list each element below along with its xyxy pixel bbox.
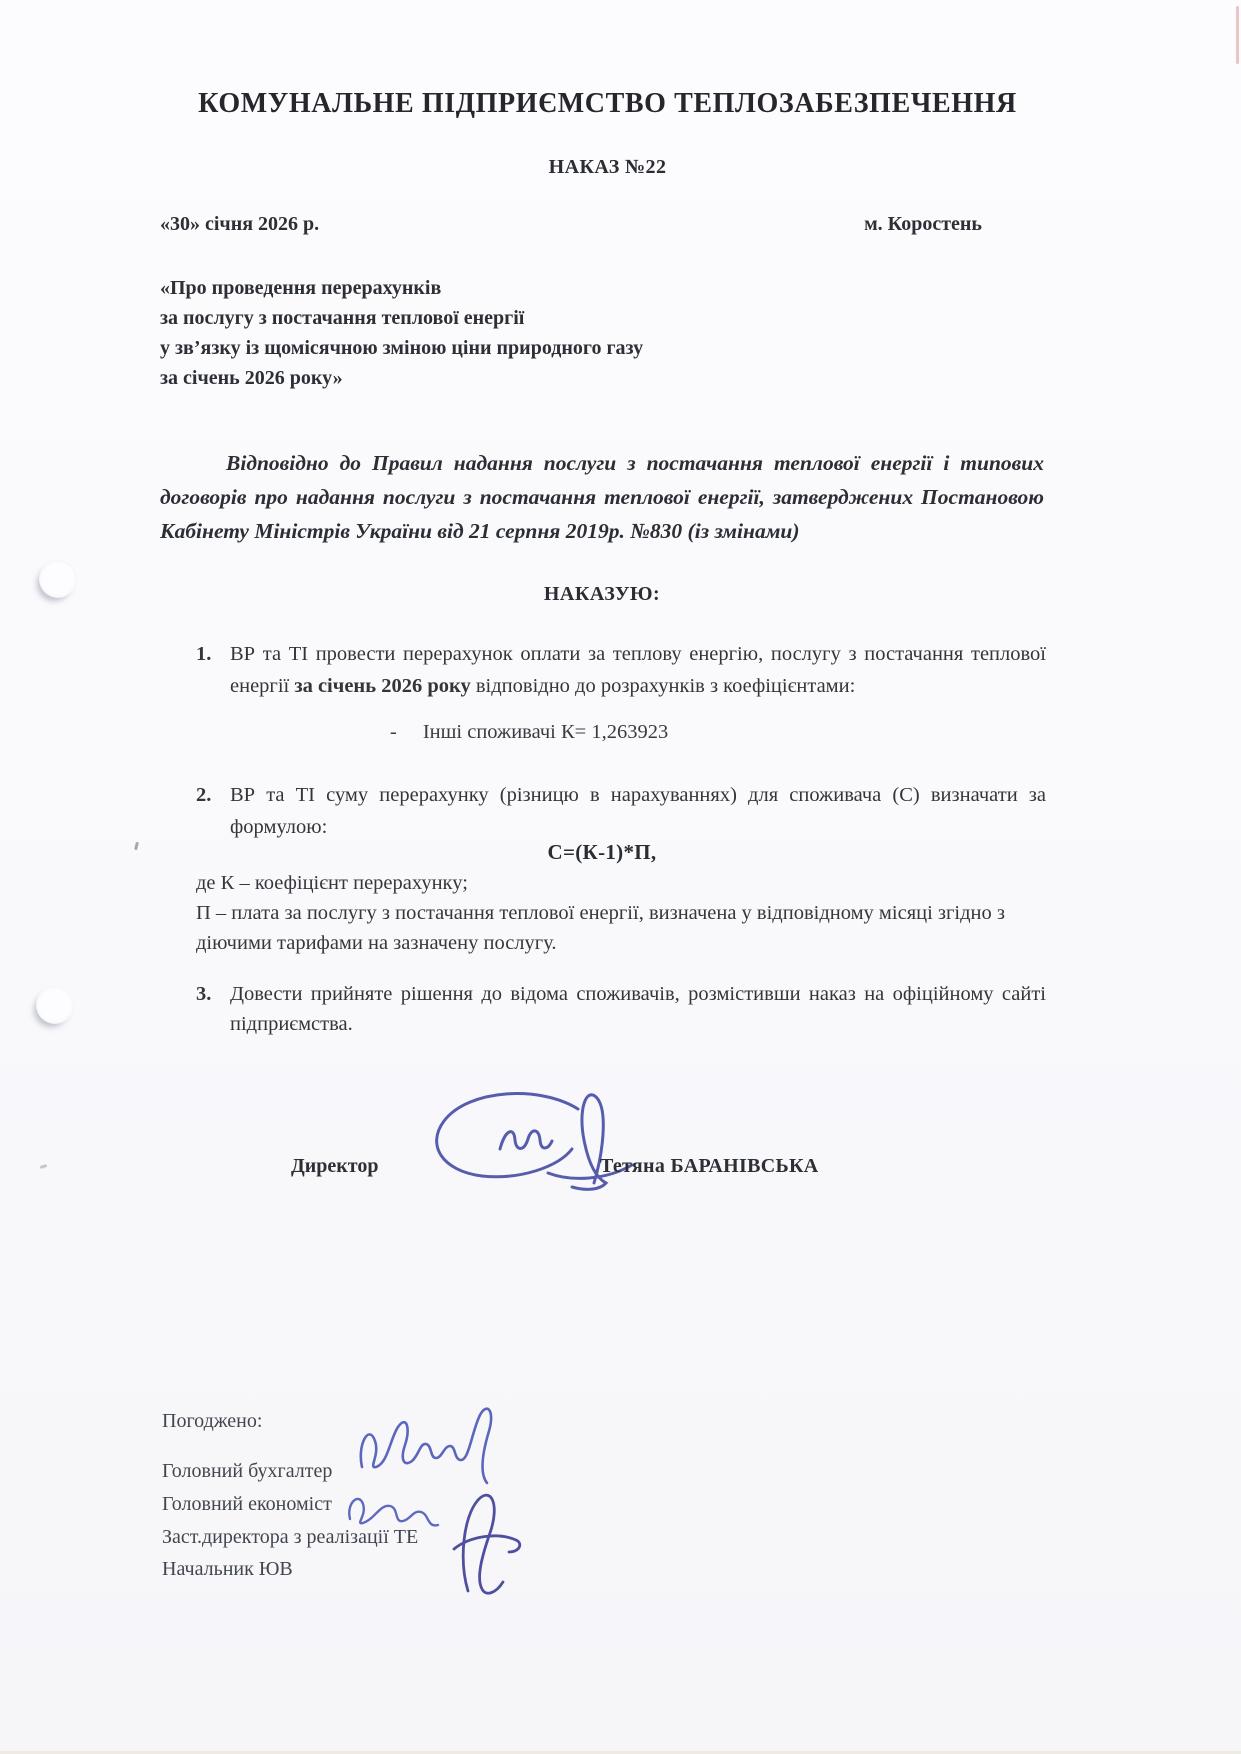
subject-line: у зв’язку із щомісячною зміною ціни прир… xyxy=(160,333,860,363)
director-signature xyxy=(420,1083,650,1198)
director-title: Директор xyxy=(291,1155,379,1178)
order-item-1: 1. ВР та ТІ провести перерахунок оплати … xyxy=(196,638,1046,702)
approver-role-chief-accountant: Головний бухгалтер xyxy=(162,1460,332,1483)
deputy-director-signature xyxy=(436,1489,528,1597)
director-name: Тетяна БАРАНІВСЬКА xyxy=(600,1155,819,1178)
item-number: 3. xyxy=(196,979,211,1009)
punch-hole-bottom xyxy=(36,986,74,1024)
item-text-bold: за січень 2026 року xyxy=(294,675,470,697)
scan-edge-artifact xyxy=(1236,6,1239,64)
approvals-heading: Погоджено: xyxy=(162,1410,262,1433)
approver-role-chief-economist: Головний економіст xyxy=(162,1493,332,1516)
order-subject: «Про проведення перерахунків за послугу … xyxy=(160,273,860,393)
calculation-formula: С=(К-1)*П, xyxy=(160,840,1044,865)
order-item-3: 3. Довести прийняте рішення до відома сп… xyxy=(196,979,1046,1039)
coefficient-value: Інші споживачі К= 1,263923 xyxy=(423,721,668,743)
coefficient-line: -Інші споживачі К= 1,263923 xyxy=(390,721,668,744)
approver-role-deputy-director: Заст.директора з реалізації ТЕ xyxy=(162,1526,418,1549)
approver-role-legal-head: Начальник ЮВ xyxy=(162,1558,293,1581)
date-place-row: «30» січня 2026 р. м. Коростень xyxy=(160,213,982,236)
subject-line: за послугу з постачання теплової енергії xyxy=(160,303,860,333)
company-name: КОМУНАЛЬНЕ ПІДПРИЄМСТВО ТЕПЛОЗАБЕЗПЕЧЕНН… xyxy=(0,88,1215,120)
order-item-2: 2. ВР та ТІ суму перерахунку (різницю в … xyxy=(196,779,1046,843)
formula-note-p: П – плата за послугу з постачання теплов… xyxy=(196,898,1044,958)
item-number: 2. xyxy=(196,779,211,811)
punch-hole-top xyxy=(39,560,77,598)
order-city: м. Коростень xyxy=(864,213,982,236)
order-number-heading: НАКАЗ №22 xyxy=(0,156,1215,179)
decree-heading: НАКАЗУЮ: xyxy=(160,583,1044,606)
item-text: ВР та ТІ суму перерахунку (різницю в нар… xyxy=(230,779,1046,843)
formula-note-k: де К – коефіцієнт перерахунку; xyxy=(196,868,1044,898)
order-date: «30» січня 2026 р. xyxy=(160,213,319,236)
item-number: 1. xyxy=(196,638,211,670)
list-dash: - xyxy=(390,721,397,743)
scanned-order-document: КОМУНАЛЬНЕ ПІДПРИЄМСТВО ТЕПЛОЗАБЕЗПЕЧЕНН… xyxy=(0,0,1241,1754)
item-text-part: відповідно до розрахунків з коефіцієнтам… xyxy=(471,675,856,697)
item-text: ВР та ТІ провести перерахунок оплати за … xyxy=(230,638,1046,702)
ink-speck xyxy=(134,842,139,850)
subject-line: за січень 2026 року» xyxy=(160,363,860,393)
ink-speck xyxy=(40,1164,48,1169)
chief-accountant-signature xyxy=(356,1403,501,1495)
item-text: Довести прийняте рішення до відома спожи… xyxy=(230,979,1046,1039)
subject-line: «Про проведення перерахунків xyxy=(160,273,860,303)
legal-preamble: Відповідно до Правил надання послуги з п… xyxy=(160,446,1044,548)
